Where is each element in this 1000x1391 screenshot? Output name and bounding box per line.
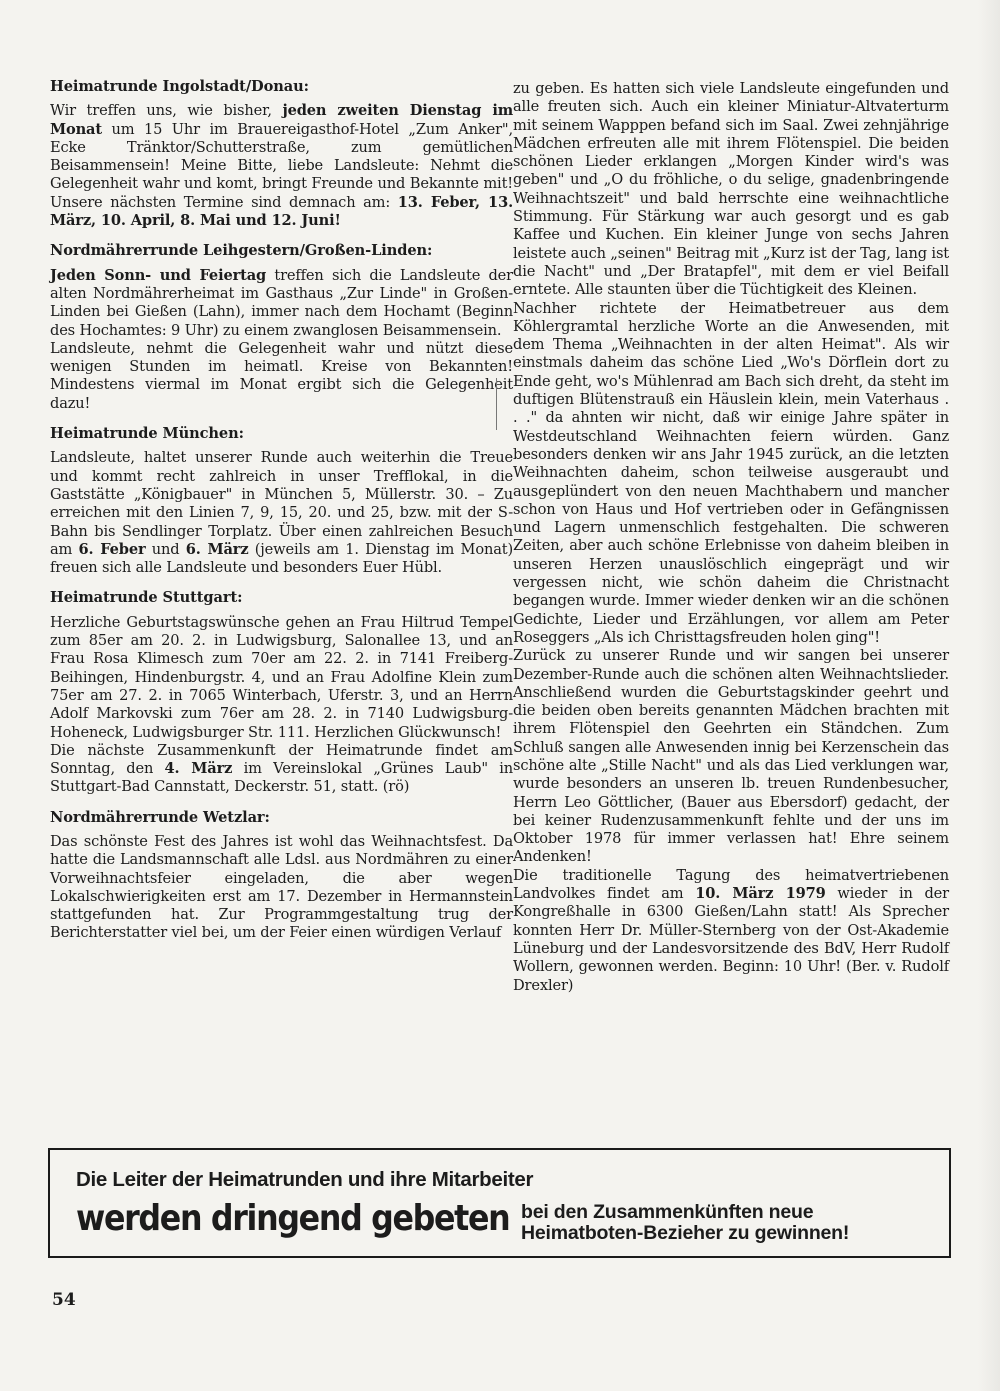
page-number: 54 [52, 1290, 76, 1310]
article-paragraph-last: Die traditionelle Tagung des heimatvertr… [513, 867, 949, 995]
section-heading: Heimatrunde Ingolstadt/Donau: [50, 78, 513, 96]
section-wetzlar: Nordmährerrunde Wetzlar: Das schönste Fe… [50, 809, 513, 943]
margin-mark [496, 378, 497, 430]
article-paragraph: zu geben. Es hatten sich viele Landsleut… [513, 80, 949, 300]
section-stuttgart: Heimatrunde Stuttgart: Herzliche Geburts… [50, 589, 513, 796]
section-heading: Heimatrunde Stuttgart: [50, 589, 513, 607]
section-ingolstadt: Heimatrunde Ingolstadt/Donau: Wir treffe… [50, 78, 513, 230]
section-body: Jeden Sonn- und Feiertag treffen sich di… [50, 267, 513, 340]
notice-request-line1: bei den Zusammenkünften neue [521, 1202, 849, 1223]
notice-headline: Die Leiter der Heimatrunden und ihre Mit… [76, 1168, 533, 1192]
section-body: Wir treffen uns, wie bisher, jeden zweit… [50, 102, 513, 230]
right-column: zu geben. Es hatten sich viele Landsleut… [513, 80, 949, 995]
section-body-continued: Landsleute, nehmt die Gelegenheit wahr u… [50, 340, 513, 413]
article-paragraph: Nachher richtete der Heimatbetreuer aus … [513, 300, 949, 648]
section-body: Landsleute, haltet unserer Runde auch we… [50, 449, 513, 577]
notice-emphasis: werden dringend gebeten [76, 1198, 509, 1239]
article-paragraph: Zurück zu unserer Runde und wir sangen b… [513, 647, 949, 867]
section-heading: Nordmährerrunde Leihgestern/Großen-Linde… [50, 242, 513, 260]
left-column: Heimatrunde Ingolstadt/Donau: Wir treffe… [50, 78, 513, 955]
section-body: Das schönste Fest des Jahres ist wohl da… [50, 833, 513, 943]
notice-box: Die Leiter der Heimatrunden und ihre Mit… [48, 1148, 951, 1258]
section-heading: Nordmährerrunde Wetzlar: [50, 809, 513, 827]
notice-request-line2: Heimatboten-Bezieher zu gewinnen! [521, 1223, 849, 1244]
page-edge-shadow [978, 0, 1000, 1391]
section-leihgestern: Nordmährerrunde Leihgestern/Großen-Linde… [50, 242, 513, 413]
section-body-continued: Die nächste Zusammenkunft der Heimatrund… [50, 742, 513, 797]
section-body: Herzliche Geburtstagswünsche gehen an Fr… [50, 614, 513, 742]
section-muenchen: Heimatrunde München: Landsleute, haltet … [50, 425, 513, 577]
notice-request: bei den Zusammenkünften neue Heimatboten… [521, 1202, 849, 1244]
section-heading: Heimatrunde München: [50, 425, 513, 443]
